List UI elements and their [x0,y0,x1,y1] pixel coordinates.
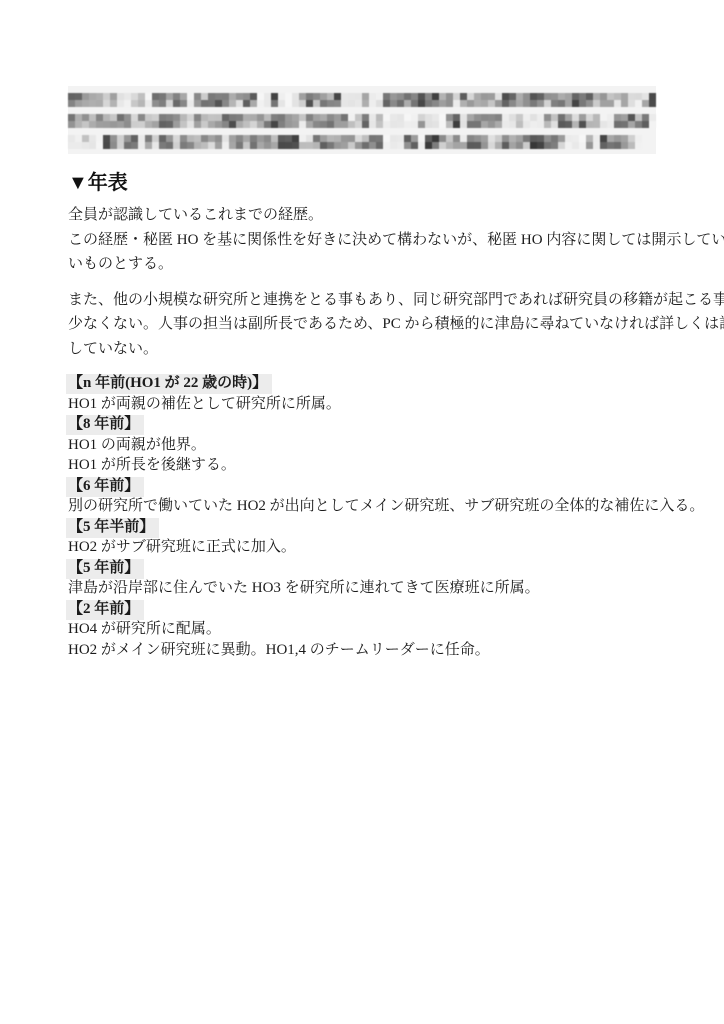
paragraph-line: 全員が認識しているこれまでの経歴。 [68,203,656,228]
timeline-event: 津島が沿岸部に住んでいた HO3 を研究所に連れてきて医療班に所属。 [68,578,656,599]
paragraph-line: していない。 [68,337,656,362]
document-page: ▼年表 全員が認識しているこれまでの経歴。 この経歴・秘匿 HO を基に関係性を… [0,0,724,1024]
timeline-marker-label: 【5 年前】 [66,559,144,579]
redacted-text-row [68,93,656,107]
timeline-event: HO2 がサブ研究班に正式に加入。 [68,537,656,558]
timeline-event: HO2 がメイン研究班に異動。HO1,4 のチームリーダーに任命。 [68,640,656,661]
timeline-marker-label: 【8 年前】 [66,415,144,435]
timeline-marker-label: 【2 年前】 [66,600,144,620]
document-content: ▼年表 全員が認識しているこれまでの経歴。 この経歴・秘匿 HO を基に関係性を… [0,86,724,660]
timeline-list: 【n 年前(HO1 が 22 歳の時)】 HO1 が両親の補佐として研究所に所属… [68,373,656,660]
timeline-event: HO1 が両親の補佐として研究所に所属。 [68,394,656,415]
paragraph-line: また、他の小規模な研究所と連携をとる事もあり、同じ研究部門であれば研究員の移籍が… [68,288,656,313]
timeline-event: HO4 が研究所に配属。 [68,619,656,640]
timeline-event: HO1 の両親が他界。 [68,435,656,456]
timeline-marker: 【2 年前】 [68,599,656,620]
timeline-marker: 【n 年前(HO1 が 22 歳の時)】 [68,373,656,394]
transfer-note-paragraph: また、他の小規模な研究所と連携をとる事もあり、同じ研究部門であれば研究員の移籍が… [68,288,656,362]
timeline-event: HO1 が所長を後継する。 [68,455,656,476]
timeline-marker-label: 【5 年半前】 [66,518,159,538]
paragraph-line: この経歴・秘匿 HO を基に関係性を好きに決めて構わないが、秘匿 HO 内容に関… [68,228,656,253]
timeline-marker: 【8 年前】 [68,414,656,435]
paragraph-line: 少なくない。人事の担当は副所長であるため、PC から積極的に津島に尋ねていなけれ… [68,312,656,337]
timeline-marker-label: 【6 年前】 [66,477,144,497]
timeline-marker: 【5 年半前】 [68,517,656,538]
timeline-marker: 【5 年前】 [68,558,656,579]
redacted-text-row [68,114,656,128]
timeline-marker-label: 【n 年前(HO1 が 22 歳の時)】 [66,374,272,394]
timeline-marker: 【6 年前】 [68,476,656,497]
section-heading-timeline: ▼年表 [68,170,656,196]
intro-paragraph: 全員が認識しているこれまでの経歴。 この経歴・秘匿 HO を基に関係性を好きに決… [68,203,656,277]
redacted-text-row [68,135,642,149]
timeline-event: 別の研究所で働いていた HO2 が出向としてメイン研究班、サブ研究班の全体的な補… [68,496,656,517]
redacted-text-block [68,86,656,154]
paragraph-line: いものとする。 [68,252,656,277]
